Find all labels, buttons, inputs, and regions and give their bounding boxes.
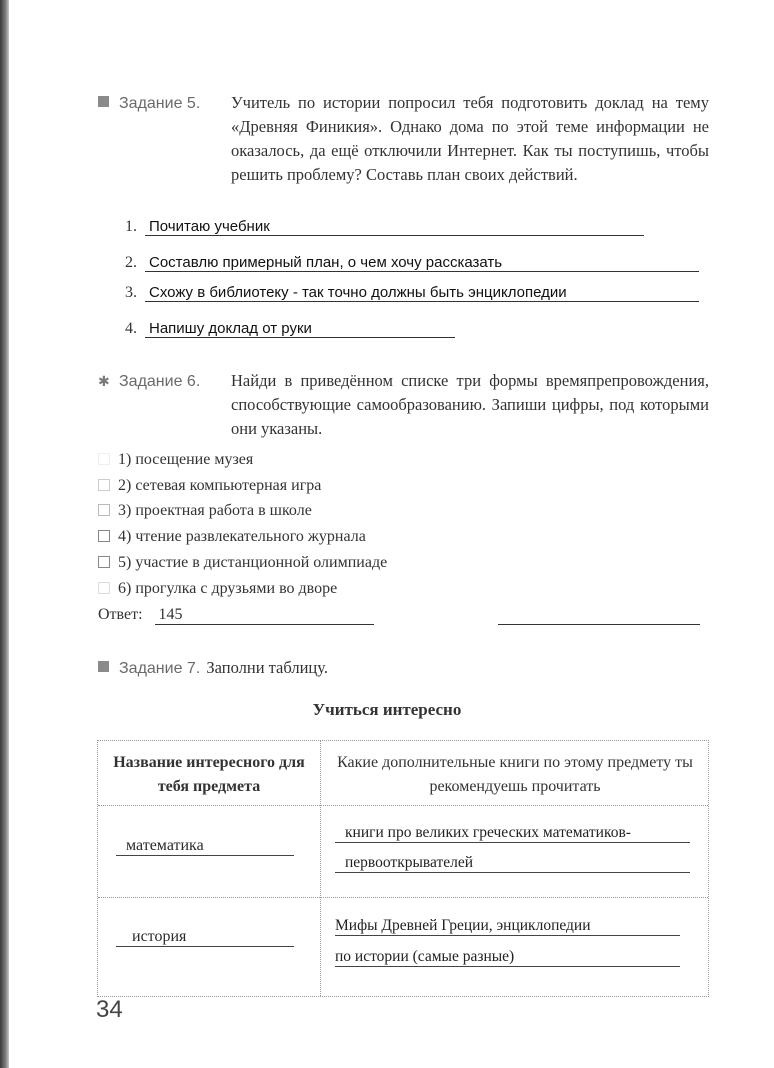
books-cell-line[interactable]: книги про великих греческих математиков-: [335, 824, 690, 843]
task5-label: Задание 5.: [119, 95, 200, 112]
answer-label: Ответ:: [98, 606, 143, 623]
subject-cell[interactable]: математика: [116, 837, 294, 856]
books-cell-line[interactable]: первооткрывателей: [335, 854, 690, 873]
plan-item: 1.Почитаю учебник: [125, 218, 644, 236]
plan-item: 4.Напишу доклад от руки: [125, 320, 455, 338]
option-item[interactable]: 3) проектная работа в школе: [98, 502, 312, 520]
checkbox-icon[interactable]: [98, 479, 110, 491]
task7-text: Заполни таблицу.: [206, 658, 328, 677]
books-cell-line[interactable]: Мифы Древней Греции, энциклопедии: [335, 917, 680, 936]
task6-label: Задание 6.: [119, 373, 200, 390]
fill-table: Название интересного для тебя предмета К…: [97, 740, 709, 997]
checkbox-icon[interactable]: [98, 556, 110, 568]
option-item[interactable]: 1) посещение музея: [98, 451, 253, 469]
task6-text: Найди в приведённом списке три формы вре…: [231, 369, 709, 441]
task5-heading: Задание 5.: [98, 91, 200, 116]
task6-heading: ✱Задание 6.: [98, 369, 200, 394]
plan-item: 3.Схожу в библиотеку - так точно должны …: [125, 284, 699, 302]
answer-row: Ответ:145: [98, 606, 374, 625]
books-cell-line[interactable]: по истории (самые разные): [335, 948, 680, 967]
option-item[interactable]: 5) участие в дистанционной олимпиаде: [98, 554, 387, 572]
page-edge-shadow: [0, 0, 9, 1068]
answer-line: [498, 624, 700, 625]
plan-item: 2.Составлю примерный план, о чем хочу ра…: [125, 254, 699, 272]
row-divider: [98, 805, 708, 806]
plan-answer-field[interactable]: Схожу в библиотеку - так точно должны бы…: [145, 284, 699, 302]
option-item[interactable]: 4) чтение развлекательного журнала: [98, 528, 366, 546]
star-bullet-icon: ✱: [98, 370, 112, 394]
task7-label: Задание 7.: [119, 660, 200, 677]
table-title: Учиться интересно: [0, 700, 774, 720]
checkbox-icon[interactable]: [98, 530, 110, 542]
plan-answer-field[interactable]: Почитаю учебник: [145, 218, 644, 236]
plan-answer-field[interactable]: Напишу доклад от руки: [145, 320, 455, 338]
checkbox-icon[interactable]: [98, 504, 110, 516]
option-item[interactable]: 2) сетевая компьютерная игра: [98, 477, 321, 495]
header-subject: Название интересного для тебя предмета: [98, 751, 320, 799]
row-divider: [98, 897, 708, 898]
checkbox-icon[interactable]: [98, 582, 110, 594]
option-item[interactable]: 6) прогулка с друзьями во дворе: [98, 580, 337, 598]
square-bullet-icon: [98, 96, 109, 107]
answer-field[interactable]: 145: [155, 606, 374, 625]
subject-cell[interactable]: история: [116, 928, 294, 947]
square-bullet-icon: [98, 661, 109, 672]
plan-answer-field[interactable]: Составлю примерный план, о чем хочу расс…: [145, 254, 699, 272]
checkbox-icon[interactable]: [98, 453, 110, 465]
column-divider: [320, 741, 321, 996]
page-number: 34: [96, 996, 123, 1024]
task5-text: Учитель по истории попросил тебя подгото…: [231, 91, 709, 187]
task7-heading: Задание 7. Заполни таблицу.: [98, 656, 328, 681]
header-books: Какие дополнительные книги по этому пред…: [330, 751, 700, 799]
